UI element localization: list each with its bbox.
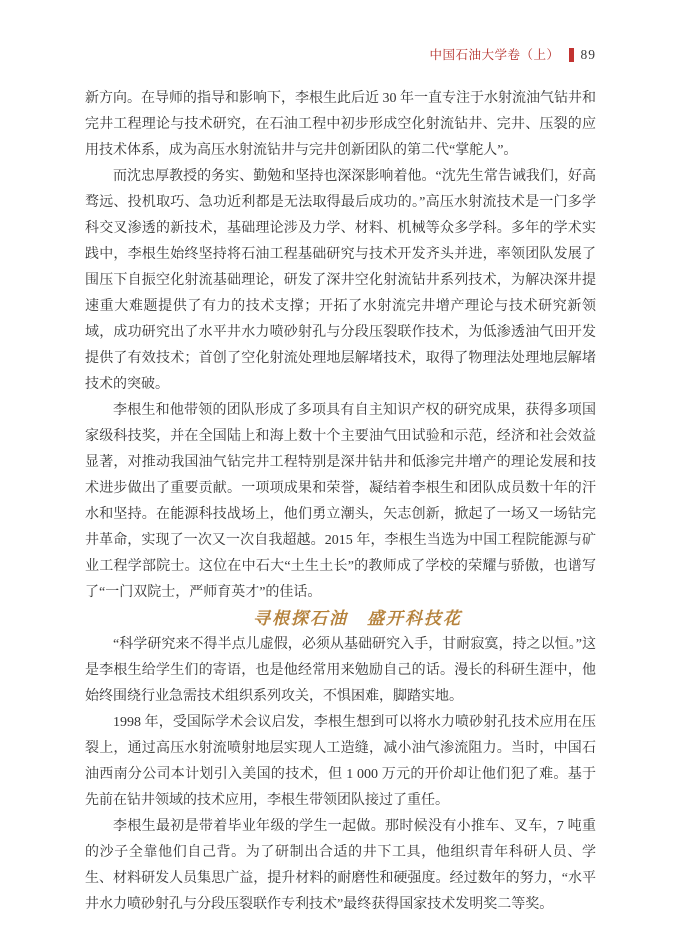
document-page: 中国石油大学卷（上） 89 新方向。在导师的指导和影响下，李根生此后近 30 年…	[0, 0, 680, 945]
page-number: 89	[581, 46, 597, 64]
page-header: 中国石油大学卷（上） 89	[429, 46, 596, 64]
paragraph: 李根生和他带领的团队形成了多项具有自主知识产权的研究成果，获得多项国家级科技奖，…	[85, 398, 596, 606]
header-divider-bar	[569, 48, 574, 62]
body-text: 新方向。在导师的指导和影响下，李根生此后近 30 年一直专注于水射流油气钻井和完…	[85, 86, 596, 918]
paragraph: 而沈忠厚教授的务实、勤勉和坚持也深深影响着他。“沈先生常告诫我们，好高骛远、投机…	[85, 164, 596, 398]
booklet-title: 中国石油大学卷（上）	[429, 46, 559, 64]
section-heading: 寻根探石油 盛开科技花	[85, 606, 596, 632]
paragraph: 1998 年，受国际学术会议启发，李根生想到可以将水力喷砂射孔技术应用在压裂上，…	[85, 710, 596, 814]
paragraph: “科学研究来不得半点儿虚假，必须从基础研究入手，甘耐寂寞，持之以恒。”这是李根生…	[85, 632, 596, 710]
paragraph: 李根生最初是带着毕业年级的学生一起做。那时候没有小推车、叉车，7 吨重的沙子全靠…	[85, 814, 596, 918]
paragraph: 新方向。在导师的指导和影响下，李根生此后近 30 年一直专注于水射流油气钻井和完…	[85, 86, 596, 164]
